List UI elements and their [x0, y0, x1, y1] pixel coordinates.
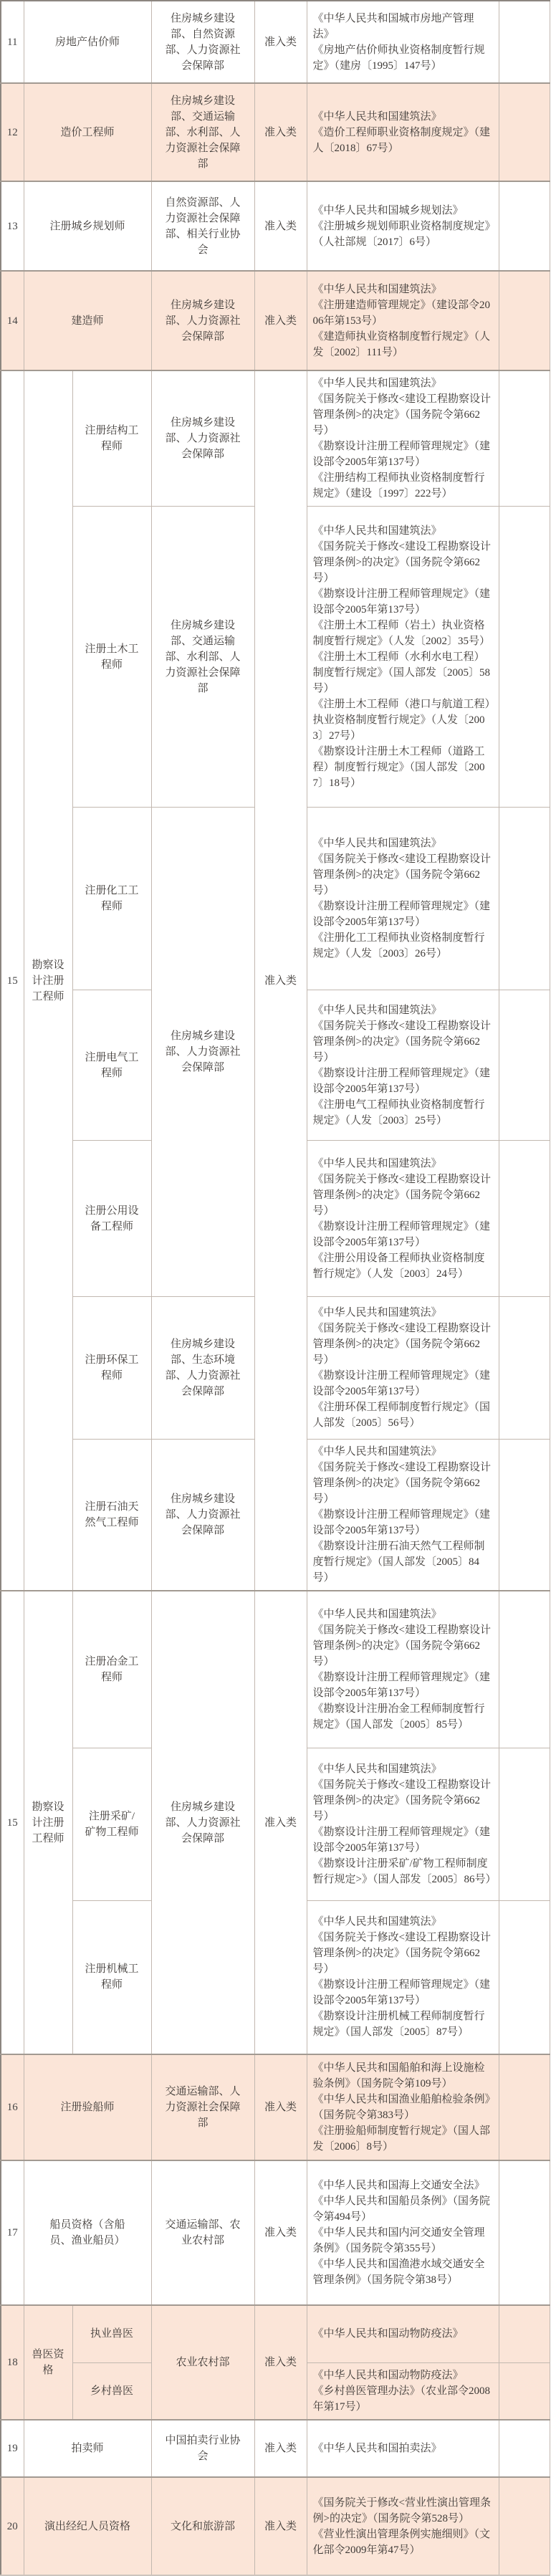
table-row: 19 拍卖师 中国拍卖行业协会 准入类 《中华人民共和国拍卖法》: [1, 2420, 550, 2477]
legal-basis: 《中华人民共和国建筑法》 《注册建造师管理规定》（建设部令2006年第153号）…: [307, 271, 499, 370]
department: 文化和旅游部: [151, 2477, 254, 2575]
sub-qualification-name: 注册环保工程师: [72, 1297, 151, 1440]
qualification-name: 建造师: [24, 271, 151, 370]
sub-qualification-name: 注册公用设备工程师: [72, 1141, 151, 1297]
empty-cell: [499, 271, 550, 370]
empty-cell: [499, 1748, 550, 1900]
empty-cell: [499, 2305, 550, 2362]
department: 住房城乡建设部、人力资源社会保障部: [151, 1591, 254, 2054]
category: 准入类: [254, 83, 307, 181]
legal-basis: 《中华人民共和国建筑法》 《造价工程师职业资格制度规定》（建人〔2018〕67号…: [307, 83, 499, 181]
table-row: 14 建造师 住房城乡建设部、人力资源社会保障部 准入类 《中华人民共和国建筑法…: [1, 271, 550, 370]
department: 交通运输部、人力资源社会保障部: [151, 2054, 254, 2160]
sub-qualification-name: 注册石油天然气工程师: [72, 1440, 151, 1591]
empty-cell: [499, 2420, 550, 2477]
row-number: 15: [1, 1591, 24, 2054]
table-row: 11 房地产估价师 住房城乡建设部、自然资源部、人力资源社会保障部 准入类 《中…: [1, 1, 550, 83]
legal-basis: 《中华人民共和国动物防疫法》: [307, 2305, 499, 2362]
empty-cell: [499, 507, 550, 808]
sub-qualification-name: 注册电气工程师: [72, 990, 151, 1141]
category: 准入类: [254, 2160, 307, 2305]
empty-cell: [499, 1440, 550, 1591]
legal-basis: 《中华人民共和国海上交通安全法》 《中华人民共和国船员条例》（国务院令第494号…: [307, 2160, 499, 2305]
row-number: 14: [1, 271, 24, 370]
sub-qualification-name: 注册机械工程师: [72, 1900, 151, 2054]
qualification-name: 船员资格（含船员、渔业船员）: [24, 2160, 151, 2305]
qualification-name: 注册验船师: [24, 2054, 151, 2160]
row-number: 15: [1, 370, 24, 1591]
table-row: 15 勘察设计注册工程师 注册冶金工程师 住房城乡建设部、人力资源社会保障部 准…: [1, 1591, 550, 1748]
table-row: 15 勘察设计注册工程师 注册结构工程师 住房城乡建设部、人力资源社会保障部 准…: [1, 370, 550, 507]
sub-qualification-name: 执业兽医: [72, 2305, 151, 2362]
legal-basis: 《中华人民共和国建筑法》 《国务院关于修改<建设工程勘察设计管理条例>的决定》（…: [307, 990, 499, 1141]
department: 中国拍卖行业协会: [151, 2420, 254, 2477]
legal-basis: 《中华人民共和国动物防疫法》 《乡村兽医管理办法》（农业部令2008年第17号）: [307, 2362, 499, 2420]
qualification-group-name: 兽医资格: [24, 2305, 72, 2420]
row-number: 12: [1, 83, 24, 181]
table-row: 16 注册验船师 交通运输部、人力资源社会保障部 准入类 《中华人民共和国船舶和…: [1, 2054, 550, 2160]
category: 准入类: [254, 1591, 307, 2054]
qualification-name: 房地产估价师: [24, 1, 151, 83]
empty-cell: [499, 2477, 550, 2575]
category: 准入类: [254, 2054, 307, 2160]
empty-cell: [499, 1141, 550, 1297]
empty-cell: [499, 1, 550, 83]
qualification-name: 演出经纪人员资格: [24, 2477, 151, 2575]
category: 准入类: [254, 2420, 307, 2477]
qualification-name: 注册城乡规划师: [24, 181, 151, 271]
qualification-name: 拍卖师: [24, 2420, 151, 2477]
legal-basis: 《国务院关于修改<营业性演出管理条例>的决定》（国务院令第528号） 《营业性演…: [307, 2477, 499, 2575]
department: 住房城乡建设部、人力资源社会保障部: [151, 271, 254, 370]
department: 农业农村部: [151, 2305, 254, 2420]
sub-qualification-name: 注册化工工程师: [72, 808, 151, 990]
department: 住房城乡建设部、交通运输部、水利部、人力资源社会保障部: [151, 507, 254, 808]
table-row: 13 注册城乡规划师 自然资源部、人力资源社会保障部、相关行业协会 准入类 《中…: [1, 181, 550, 271]
department: 住房城乡建设部、生态环境部、人力资源社会保障部: [151, 1297, 254, 1440]
qualification-table: 11 房地产估价师 住房城乡建设部、自然资源部、人力资源社会保障部 准入类 《中…: [0, 0, 550, 2576]
department: 自然资源部、人力资源社会保障部、相关行业协会: [151, 181, 254, 271]
empty-cell: [499, 181, 550, 271]
table-row: 17 船员资格（含船员、渔业船员） 交通运输部、农业农村部 准入类 《中华人民共…: [1, 2160, 550, 2305]
row-number: 11: [1, 1, 24, 83]
row-number: 19: [1, 2420, 24, 2477]
sub-qualification-name: 注册冶金工程师: [72, 1591, 151, 1748]
legal-basis: 《中华人民共和国建筑法》 《国务院关于修改<建设工程勘察设计管理条例>的决定》（…: [307, 1591, 499, 1748]
legal-basis: 《中华人民共和国建筑法》 《国务院关于修改<建设工程勘察设计管理条例>的决定》（…: [307, 1297, 499, 1440]
sub-qualification-name: 注册采矿/矿物工程师: [72, 1748, 151, 1900]
legal-basis: 《中华人民共和国建筑法》 《国务院关于修改<建设工程勘察设计管理条例>的决定》（…: [307, 1900, 499, 2054]
empty-cell: [499, 1900, 550, 2054]
sub-qualification-name: 注册结构工程师: [72, 370, 151, 507]
legal-basis: 《中华人民共和国建筑法》 《国务院关于修改<建设工程勘察设计管理条例>的决定》（…: [307, 1440, 499, 1591]
legal-basis: 《中华人民共和国城乡规划法》 《注册城乡规划师职业资格制度规定》（人社部规〔20…: [307, 181, 499, 271]
department: 住房城乡建设部、交通运输部、水利部、人力资源社会保障部: [151, 83, 254, 181]
department: 住房城乡建设部、自然资源部、人力资源社会保障部: [151, 1, 254, 83]
legal-basis: 《中华人民共和国建筑法》 《国务院关于修改<建设工程勘察设计管理条例>的决定》（…: [307, 1748, 499, 1900]
qualification-group-name: 勘察设计注册工程师: [24, 370, 72, 1591]
empty-cell: [499, 2054, 550, 2160]
empty-cell: [499, 990, 550, 1141]
empty-cell: [499, 1591, 550, 1748]
table-row: 18 兽医资格 执业兽医 农业农村部 准入类 《中华人民共和国动物防疫法》: [1, 2305, 550, 2362]
department: 交通运输部、农业农村部: [151, 2160, 254, 2305]
department: 住房城乡建设部、人力资源社会保障部: [151, 808, 254, 1297]
row-number: 20: [1, 2477, 24, 2575]
legal-basis: 《中华人民共和国建筑法》 《国务院关于修改<建设工程勘察设计管理条例>的决定》（…: [307, 1141, 499, 1297]
empty-cell: [499, 808, 550, 990]
empty-cell: [499, 83, 550, 181]
department: 住房城乡建设部、人力资源社会保障部: [151, 1440, 254, 1591]
empty-cell: [499, 1297, 550, 1440]
legal-basis: 《中华人民共和国城市房地产管理法》 《房地产估价师执业资格制度暂行规定》（建房〔…: [307, 1, 499, 83]
sub-qualification-name: 乡村兽医: [72, 2362, 151, 2420]
category: 准入类: [254, 2477, 307, 2575]
legal-basis: 《中华人民共和国建筑法》 《国务院关于修改<建设工程勘察设计管理条例>的决定》（…: [307, 808, 499, 990]
row-number: 17: [1, 2160, 24, 2305]
row-number: 18: [1, 2305, 24, 2420]
category: 准入类: [254, 370, 307, 1591]
empty-cell: [499, 370, 550, 507]
row-number: 16: [1, 2054, 24, 2160]
table-row: 20 演出经纪人员资格 文化和旅游部 准入类 《国务院关于修改<营业性演出管理条…: [1, 2477, 550, 2575]
empty-cell: [499, 2362, 550, 2420]
qualification-name: 造价工程师: [24, 83, 151, 181]
category: 准入类: [254, 271, 307, 370]
qualification-group-name: 勘察设计注册工程师: [24, 1591, 72, 2054]
empty-cell: [499, 2160, 550, 2305]
row-number: 13: [1, 181, 24, 271]
sub-qualification-name: 注册土木工程师: [72, 507, 151, 808]
legal-basis: 《中华人民共和国船舶和海上设施检验条例》（国务院令第109号） 《中华人民共和国…: [307, 2054, 499, 2160]
legal-basis: 《中华人民共和国建筑法》 《国务院关于修改<建设工程勘察设计管理条例>的决定》（…: [307, 370, 499, 507]
legal-basis: 《中华人民共和国拍卖法》: [307, 2420, 499, 2477]
legal-basis: 《中华人民共和国建筑法》 《国务院关于修改<建设工程勘察设计管理条例>的决定》（…: [307, 507, 499, 808]
department: 住房城乡建设部、人力资源社会保障部: [151, 370, 254, 507]
category: 准入类: [254, 2305, 307, 2420]
table-row: 12 造价工程师 住房城乡建设部、交通运输部、水利部、人力资源社会保障部 准入类…: [1, 83, 550, 181]
category: 准入类: [254, 1, 307, 83]
category: 准入类: [254, 181, 307, 271]
